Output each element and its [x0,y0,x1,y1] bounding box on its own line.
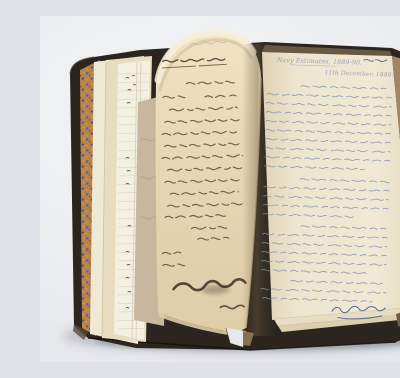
handwriting-line [126,158,129,159]
handwriting-line [127,103,130,104]
right-page [262,52,400,320]
handwriting-line [126,278,129,279]
handwriting-line [128,292,131,293]
handwriting-line [126,308,129,309]
handwriting-line [126,78,129,79]
handwriting-line [128,226,131,227]
handwriting-line [128,90,131,91]
handwriting-line [126,252,129,253]
handwriting-line [127,171,130,172]
handwriting-line [127,265,130,266]
book-photograph: An antique dark-leather Admiralty letter… [40,16,400,362]
handwriting-line [126,184,129,185]
